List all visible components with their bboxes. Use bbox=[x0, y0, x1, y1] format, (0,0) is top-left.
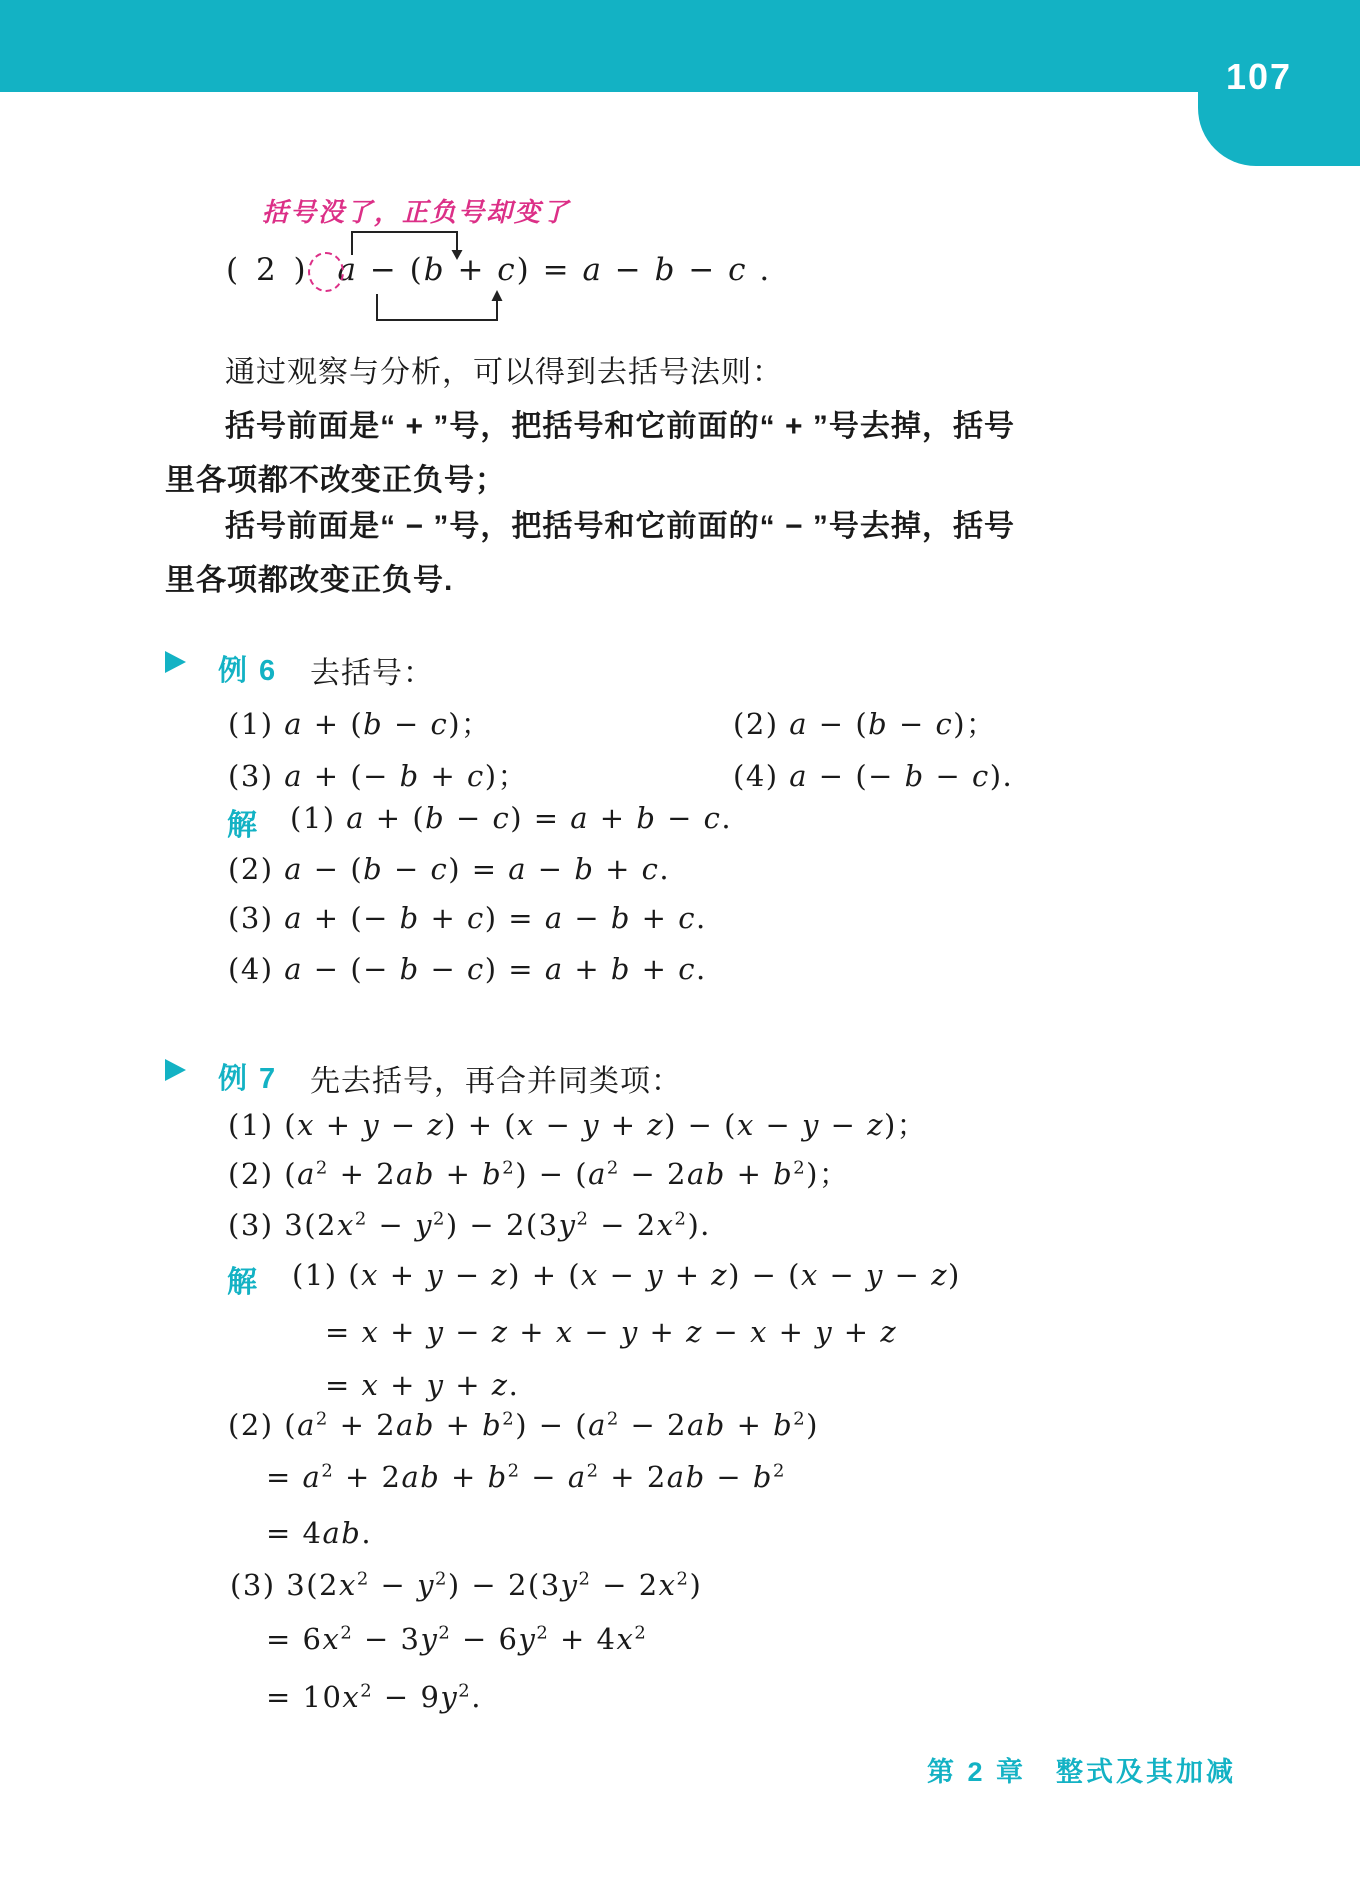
example6-solve-label: 解 bbox=[227, 800, 257, 844]
example6-solution-4: (4) a − (− b − c) = a + b + c. bbox=[228, 952, 707, 986]
example7-problem-1: (1) (x + y − z) + (x − y + z) − (x − y −… bbox=[228, 1103, 927, 1144]
example7-problem-3: (3) 3(2x2 − y2) − 2(3y2 − 2x2)． bbox=[228, 1203, 731, 1244]
example6-title: 去括号： bbox=[310, 648, 434, 692]
example7-solution-line: = 4ab. bbox=[266, 1516, 372, 1550]
example7-solution-line: = x + y + z. bbox=[325, 1368, 519, 1402]
example6-solution-3: (3) a + (− b + c) = a − b + c. bbox=[228, 901, 707, 935]
example6-problem-1: (1) a + (b − c)； bbox=[228, 702, 492, 743]
paragraph-rule-plus: 括号前面是“ + ”号，把括号和它前面的“ + ”号去掉，括号里各项都不改变正负… bbox=[165, 400, 1015, 508]
example6-problem-2: (2) a − (b − c)； bbox=[733, 702, 997, 743]
example6-solution-1: (1) a + (b − c) = a + b − c. bbox=[290, 801, 732, 835]
paragraph-lead: 通过观察与分析，可以得到去括号法则： bbox=[165, 346, 1015, 400]
paragraph-rule-minus: 括号前面是“ − ”号，把括号和它前面的“ − ”号去掉，括号里各项都改变正负号… bbox=[165, 500, 1015, 608]
chapter-footer: 第 2 章 整式及其加减 bbox=[927, 1750, 1236, 1789]
example6-badge: 例 6 bbox=[218, 648, 277, 689]
example7-title: 先去括号，再合并同类项： bbox=[310, 1056, 682, 1100]
page-number-tab: 107 bbox=[1198, 0, 1360, 166]
textbook-page: 107 括号没了，正负号却变了 ( 2 ) a − (b + c) = a − … bbox=[0, 0, 1360, 1885]
example7-solution-line: = x + y − z + x − y + z − x + y + z bbox=[325, 1315, 897, 1349]
example7-problem-2: (2) (a2 + 2ab + b2) − (a2 − 2ab + b2)； bbox=[228, 1152, 849, 1193]
header-bar bbox=[0, 0, 1360, 92]
example6-solution-2: (2) a − (b − c) = a − b + c. bbox=[228, 852, 670, 886]
example6-marker-icon bbox=[165, 651, 186, 673]
example6-problem-3: (3) a + (− b + c)； bbox=[228, 754, 528, 795]
example7-solution-line: (2) (a2 + 2ab + b2) − (a2 − 2ab + b2) bbox=[228, 1408, 819, 1442]
example7-solution-line: (1) (x + y − z) + (x − y + z) − (x − y −… bbox=[292, 1258, 961, 1292]
example7-solution-line: (3) 3(2x2 − y2) − 2(3y2 − 2x2) bbox=[230, 1568, 702, 1602]
example6-problem-4: (4) a − (− b − c)． bbox=[733, 754, 1033, 795]
intro-equation-label: ( 2 ) bbox=[226, 252, 310, 288]
example7-badge: 例 7 bbox=[218, 1056, 277, 1097]
sign-change-arrows bbox=[345, 224, 515, 328]
minus-sign-highlight-circle bbox=[308, 252, 344, 292]
example7-solution-line: = 10x2 − 9y2. bbox=[266, 1680, 482, 1714]
example7-marker-icon bbox=[165, 1059, 186, 1081]
example7-solution-line: = a2 + 2ab + b2 − a2 + 2ab − b2 bbox=[266, 1460, 786, 1494]
example7-solution-line: = 6x2 − 3y2 − 6y2 + 4x2 bbox=[266, 1622, 647, 1656]
example7-solve-label: 解 bbox=[227, 1257, 257, 1301]
page-number: 107 bbox=[1226, 56, 1292, 98]
